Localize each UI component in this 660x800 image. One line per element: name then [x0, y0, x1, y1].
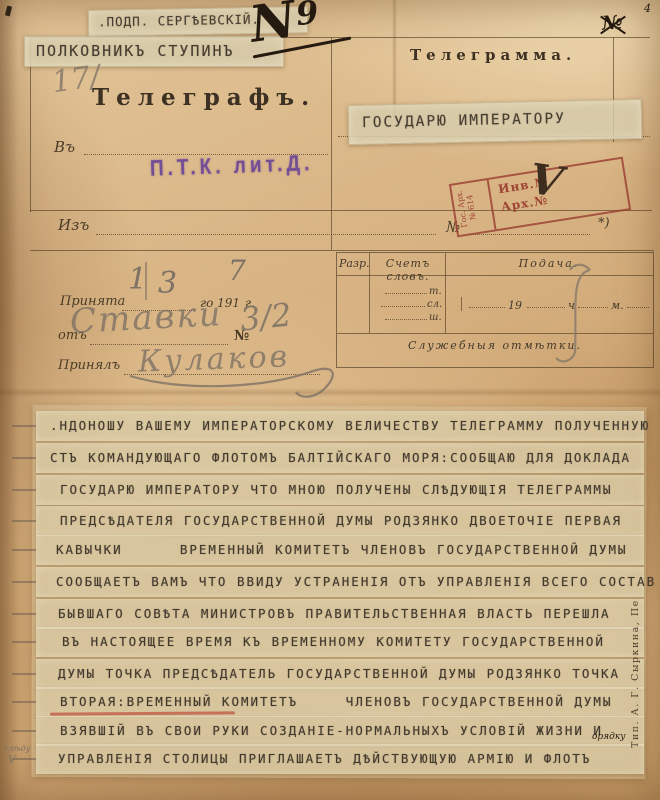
- corner-number-digit: 4: [644, 2, 651, 15]
- count-sub-line-sh: [385, 319, 427, 320]
- telegram-line: СТЪ КОМАНДУЮЩАГО ФЛОТОМЪ БАЛТІЙСКАГО МОР…: [36, 443, 644, 473]
- count-sub-label-sl: сл.: [427, 299, 442, 310]
- from-row-label: Изъ: [58, 216, 89, 234]
- margin-left-check: V: [8, 753, 16, 766]
- telegram-line-text: СТЪ КОМАНДУЮЩАГО ФЛОТОМЪ БАЛТІЙСКАГО МОР…: [50, 450, 631, 465]
- pencil-stavki: Ставки: [69, 294, 223, 342]
- handwritten-number-letter: N: [246, 0, 299, 54]
- tariff-col-count: Счетъ словъ.: [371, 257, 445, 283]
- telegram-line: ВЪ НАСТОЯЩЕЕ ВРЕМЯ КЪ ВРЕМЕННОМУ КОМИТЕТ…: [36, 627, 644, 657]
- from-row-line1: [96, 234, 436, 235]
- telegram-line-text: БЫВШАГО СОВѢТА МИНИСТРОВЪ ПРАВИТЕЛЬСТВЕН…: [58, 606, 611, 621]
- signature-flourish: [115, 340, 355, 410]
- telegram-line: .НДОНОШУ ВАШЕМУ ИМПЕРАТОРСКОМУ ВЕЛИЧЕСТВ…: [36, 411, 644, 441]
- name-strip-polkovnik-text: ПОЛКОВНИКЪ СТУПИНЪ: [36, 42, 235, 60]
- telegram-line-text: ГОСУДАРЮ ИМПЕРАТОРУ ЧТО МНОЮ ПОЛУЧЕНЫ СЛ…: [60, 482, 613, 497]
- telegram-line: ДУМЫ ТОЧКА ПРЕДСѢДАТЕЛЬ ГОСУДАРСТВЕННОЙ …: [36, 659, 644, 689]
- to-field-label: Въ: [54, 138, 75, 156]
- count-sub-label-t: т.: [429, 286, 442, 297]
- pencil-day-divider: [145, 262, 147, 300]
- crease-left-band: [0, 0, 18, 800]
- form-lower-rule: [30, 250, 654, 251]
- telegram-line: КАВЫЧКИ ВРЕМЕННЫЙ КОМИТЕТЪ ЧЛЕНОВЪ ГОСУД…: [36, 535, 644, 565]
- name-strip-podpolkovnik-text: .ПОДП. СЕРГѢЕВСКІЙ.: [98, 12, 260, 30]
- telegram-line: ПРЕДСѢДАТЕЛЯ ГОСУДАРСТВЕННОЙ ДУМЫ РОДЗЯН…: [36, 506, 644, 536]
- handwritten-number-digit: 9: [294, 0, 320, 33]
- telegram-line-text: УПРАВЛЕНІЯ СТОЛИЦЫ ПРИГЛАШАЕТЪ ДѢЙСТВУЮЩ…: [58, 751, 591, 766]
- telegram-line-text: ДУМЫ ТОЧКА ПРЕДСѢДАТЕЛЬ ГОСУДАРСТВЕННОЙ …: [58, 666, 620, 681]
- crease-vertical: [392, 0, 397, 118]
- telegram-line: СООБЩАЕТЪ ВАМЪ ЧТО ВВИДУ УСТРАНЕНІЯ ОТЪ …: [36, 567, 644, 597]
- telegram-line-text: КАВЫЧКИ ВРЕМЕННЫЙ КОМИТЕТЪ ЧЛЕНОВЪ ГОСУД…: [56, 542, 628, 557]
- pencil-year-digit: 7: [228, 254, 246, 287]
- ptk-purple-stamp: П.Т.К. лит.Д.: [150, 151, 314, 183]
- podacha-line1: [469, 307, 505, 308]
- telegram-line-text: ВЗЯВШІЙ ВЪ СВОИ РУКИ СОЗДАНІЕ-НОРМАЛЬНЫХ…: [60, 723, 603, 738]
- margin-right-word: орядку: [592, 732, 625, 742]
- telegram-line-text: СООБЩАЕТЪ ВАМЪ ЧТО ВВИДУ УСТРАНЕНІЯ ОТЪ …: [56, 574, 656, 589]
- tariff-table: Разр. Счетъ словъ. Подача. т. сл. ш. 19 …: [336, 252, 654, 368]
- telegraph-title: Телеграфъ.: [92, 84, 316, 111]
- from-row-footnote: *): [598, 216, 610, 231]
- telegram-line-text: ПРЕДСѢДАТЕЛЯ ГОСУДАРСТВЕННОЙ ДУМЫ РОДЗЯН…: [60, 513, 622, 528]
- telegram-scan: .ПОДП. СЕРГѢЕВСКІЙ. ПОЛКОВНИКЪ СТУПИНЪ N…: [0, 0, 660, 800]
- margin-left-word: слѣду: [4, 744, 30, 753]
- printer-imprint: Тип. А. Г. Сыркина, Пе: [630, 588, 641, 748]
- podacha-line4: [627, 307, 649, 308]
- count-sub-line-t: [385, 293, 427, 294]
- tariff-footer-rule: [337, 333, 653, 334]
- telegram-line-text: ВТОРАЯ:ВРЕМЕННЫЙ КОМИТЕТЪ ЧЛЕНОВЪ ГОСУДА…: [60, 694, 613, 709]
- from-row-line2: [470, 234, 590, 235]
- count-sub-label-sh: ш.: [429, 312, 442, 323]
- archive-stamp-checkmark: V: [527, 154, 566, 207]
- podacha-year: 19: [508, 299, 522, 312]
- accepted-label: Принялъ: [58, 358, 120, 373]
- telegram-line: ГОСУДАРЮ ИМПЕРАТОРУ ЧТО МНОЮ ПОЛУЧЕНЫ СЛ…: [36, 475, 644, 505]
- ink-blot: [5, 6, 12, 17]
- tariff-col-razr: Разр.: [339, 257, 370, 270]
- pencil-bracket: [546, 258, 602, 368]
- telegramma-title: Телеграмма.: [410, 46, 576, 64]
- telegram-line: ВЗЯВШІЙ ВЪ СВОИ РУКИ СОЗДАНІЕ-НОРМАЛЬНЫХ…: [36, 716, 644, 746]
- podacha-tick: [461, 297, 462, 311]
- podacha-minute: м.: [611, 299, 624, 312]
- telegram-line-text: ВЪ НАСТОЯЩЕЕ ВРЕМЯ КЪ ВРЕМЕННОМУ КОМИТЕТ…: [62, 634, 605, 649]
- form-middle-divider: [331, 37, 332, 250]
- tariff-footer-label: Служебныя отмѣтки.: [337, 339, 653, 352]
- pencil-no-value: 3/2: [238, 295, 293, 338]
- count-sub-line-sl: [381, 306, 425, 307]
- telegram-line: БЫВШАГО СОВѢТА МИНИСТРОВЪ ПРАВИТЕЛЬСТВЕН…: [36, 599, 644, 629]
- archive-stamp-left-cell: Гос. Арх. № 614: [451, 180, 496, 235]
- telegram-line-text: .НДОНОШУ ВАШЕМУ ИМПЕРАТОРСКОМУ ВЕЛИЧЕСТВ…: [50, 418, 650, 433]
- telegram-line: УПРАВЛЕНІЯ СТОЛИЦЫ ПРИГЛАШАЕТЪ ДѢЙСТВУЮЩ…: [36, 744, 644, 774]
